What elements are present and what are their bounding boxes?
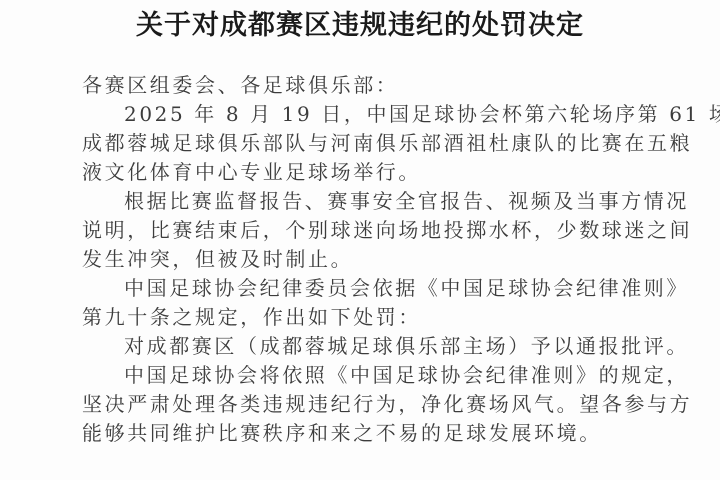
document-title: 关于对成都赛区违规违纪的处罚决定 xyxy=(0,8,720,44)
paragraph-5-line-2: 坚决严肃处理各类违规违纪行为，净化赛场风气。望各参与方 xyxy=(82,390,644,419)
document-body: 各赛区组委会、各足球俱乐部： 2025 年 8 月 19 日，中国足球协会杯第六… xyxy=(82,71,644,448)
paragraph-1-line-1: 2025 年 8 月 19 日，中国足球协会杯第六轮场序第 61 场， xyxy=(82,100,644,129)
paragraph-2-line-1: 根据比赛监督报告、赛事安全官报告、视频及当事方情况 xyxy=(82,187,644,216)
paragraph-3-line-1: 中国足球协会纪律委员会依据《中国足球协会纪律准则》 xyxy=(82,274,644,303)
paragraph-5-line-3: 能够共同维护比赛秩序和来之不易的足球发展环境。 xyxy=(82,419,644,448)
paragraph-1-line-3: 液文化体育中心专业足球场举行。 xyxy=(82,158,644,187)
paragraph-3-line-2: 第九十条之规定，作出如下处罚： xyxy=(82,303,644,332)
paragraph-2-line-2: 说明，比赛结束后，个别球迷向场地投掷水杯，少数球迷之间 xyxy=(82,216,644,245)
paragraph-2-line-3: 发生冲突，但被及时制止。 xyxy=(82,245,644,274)
paragraph-5-line-1: 中国足球协会将依照《中国足球协会纪律准则》的规定， xyxy=(82,361,644,390)
penalty-statement: 对成都赛区（成都蓉城足球俱乐部主场）予以通报批评。 xyxy=(82,332,644,361)
paragraph-1-line-2: 成都蓉城足球俱乐部队与河南俱乐部酒祖杜康队的比赛在五粮 xyxy=(82,129,644,158)
salutation: 各赛区组委会、各足球俱乐部： xyxy=(82,71,644,100)
